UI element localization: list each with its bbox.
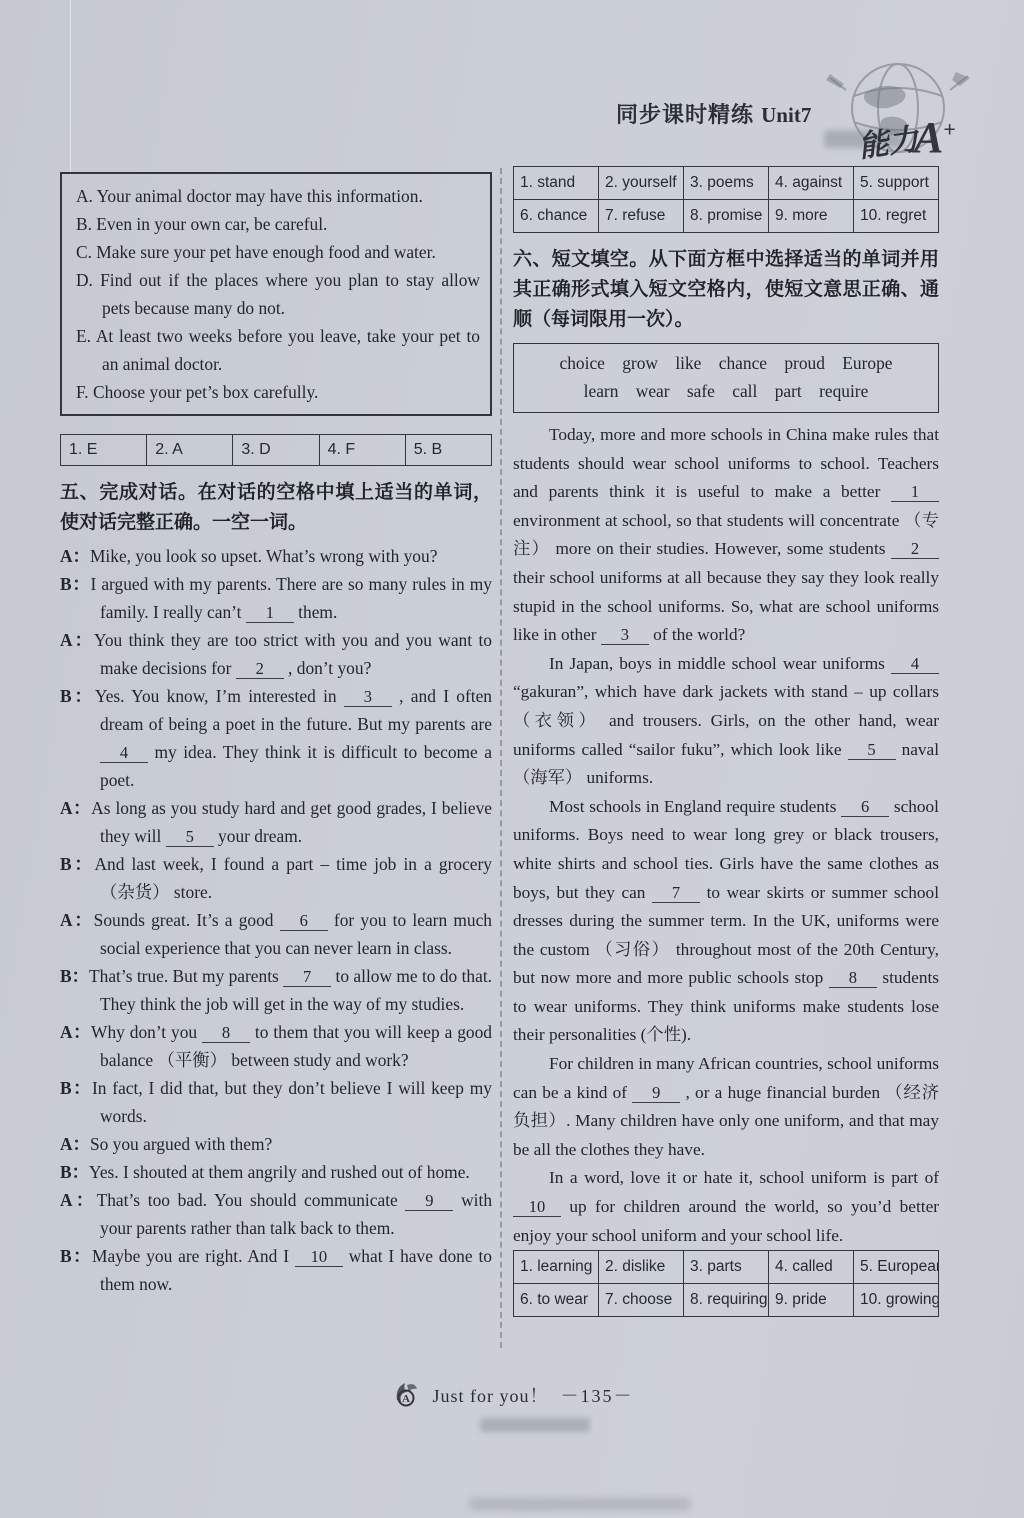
answer-cell: 10. growing <box>854 1284 939 1317</box>
answer-cell: 4. F <box>319 435 405 466</box>
answer-cell: 2. yourself <box>599 167 684 200</box>
answer-cell: 2. dislike <box>599 1251 684 1284</box>
dialogue-turn: A：Why don’t you 8 to them that you will … <box>60 1018 492 1074</box>
passage-paragraph: Most schools in England require students… <box>513 793 939 1050</box>
answer-cell: 3. poems <box>684 167 769 200</box>
option-b: B. Even in your own car, be careful. <box>76 210 480 238</box>
fill-blank: 4 <box>891 654 939 674</box>
answer-cell: 8. requiring <box>684 1284 769 1317</box>
speaker-label: A： <box>60 1134 90 1154</box>
word-bank-box: choice grow like chance proud Europe lea… <box>513 343 939 413</box>
fill-blank: 7 <box>652 883 700 903</box>
speaker-label: B： <box>60 1246 92 1266</box>
dialogue-turn: A：You think they are too strict with you… <box>60 626 492 682</box>
answer-cell: 1. stand <box>514 167 599 200</box>
answer-cell: 3. parts <box>684 1251 769 1284</box>
speaker-label: B： <box>60 1078 92 1098</box>
table-row: 1. learning 2. dislike 3. parts 4. calle… <box>514 1251 939 1284</box>
speaker-label: B： <box>60 854 94 874</box>
column-divider <box>500 168 502 1348</box>
options-box: A. Your animal doctor may have this info… <box>60 172 492 416</box>
dialogue-text: As long as you study hard and get good g… <box>91 798 492 846</box>
dialogue-text: You think they are too strict with you a… <box>94 630 492 678</box>
speaker-label: A： <box>60 910 94 930</box>
dialogue-exercise: A：Mike, you look so upset. What’s wrong … <box>60 542 492 1298</box>
fill-blank: 10 <box>295 1247 343 1267</box>
answer-cell: 6. to wear <box>514 1284 599 1317</box>
passage-paragraph: Today, more and more schools in China ma… <box>513 421 939 650</box>
speaker-label: A： <box>60 1022 91 1042</box>
page-header: 同步课时精练 Unit7 <box>616 98 811 129</box>
fill-blank: 3 <box>601 625 649 645</box>
fill-blank: 3 <box>344 687 392 707</box>
answer-cell: 8. promise <box>684 200 769 233</box>
answer-table-section4: 1. E 2. A 3. D 4. F 5. B <box>60 434 492 466</box>
svg-text:A: A <box>402 1393 410 1405</box>
ink-bleedthrough <box>470 1498 690 1510</box>
option-c: C. Make sure your pet have enough food a… <box>76 238 480 266</box>
right-column: 1. stand 2. yourself 3. poems 4. against… <box>513 166 939 1317</box>
logo-script-text: 能力 <box>855 114 921 166</box>
dialogue-text: So you argued with them? <box>90 1134 272 1154</box>
answer-cell: 3. D <box>233 435 319 466</box>
dialogue-text: Why don’t you 8 to them that you will ke… <box>91 1022 492 1070</box>
option-f: F. Choose your pet’s box carefully. <box>76 378 480 406</box>
answer-cell: 5. support <box>854 167 939 200</box>
footer-leaf-icon: A <box>391 1380 421 1410</box>
fill-blank: 8 <box>202 1023 250 1043</box>
table-row: 1. stand 2. yourself 3. poems 4. against… <box>514 167 939 200</box>
speaker-label: B： <box>60 686 95 706</box>
dialogue-turn: B：I argued with my parents. There are so… <box>60 570 492 626</box>
dialogue-turn: A：As long as you study hard and get good… <box>60 794 492 850</box>
table-row: 6. chance 7. refuse 8. promise 9. more 1… <box>514 200 939 233</box>
answer-table-section5: 1. stand 2. yourself 3. poems 4. against… <box>513 166 939 233</box>
option-e: E. At least two weeks before you leave, … <box>76 322 480 378</box>
answer-cell: 1. learning <box>514 1251 599 1284</box>
fill-blank: 6 <box>841 797 889 817</box>
fill-blank: 6 <box>280 911 328 931</box>
speaker-label: B： <box>60 1162 89 1182</box>
passage-paragraph: In Japan, boys in middle school wear uni… <box>513 650 939 793</box>
footer-brand-text: Just for you！ <box>433 1382 549 1408</box>
fill-blank: 9 <box>632 1083 680 1103</box>
footer-page-number: －135－ <box>561 1382 634 1408</box>
page-footer: A Just for you！ －135－ <box>0 1378 1024 1412</box>
dialogue-text: Sounds great. It’s a good 6 for you to l… <box>94 910 492 958</box>
fill-blank: 7 <box>283 967 331 987</box>
passage-paragraph: For children in many African countries, … <box>513 1050 939 1164</box>
table-row: 1. E 2. A 3. D 4. F 5. B <box>61 435 492 466</box>
fill-blank: 8 <box>829 968 877 988</box>
logo-aplus-text: A+ <box>914 112 956 163</box>
answer-table-section6: 1. learning 2. dislike 3. parts 4. calle… <box>513 1250 939 1317</box>
word-bank-line: learn wear safe call part require <box>518 377 934 405</box>
answer-cell: 7. choose <box>599 1284 684 1317</box>
dialogue-text: And last week, I found a part – time job… <box>94 854 492 902</box>
option-a: A. Your animal doctor may have this info… <box>76 182 480 210</box>
answer-cell: 1. E <box>61 435 147 466</box>
section5-heading: 五、完成对话。在对话的空格中填上适当的单词，使对话完整正确。一空一词。 <box>60 478 492 538</box>
answer-cell: 9. pride <box>769 1284 854 1317</box>
fill-blank: 4 <box>100 743 148 763</box>
dialogue-text: That’s too bad. You should communicate 9… <box>97 1190 492 1238</box>
dialogue-turn: B：And last week, I found a part – time j… <box>60 850 492 906</box>
answer-cell: 4. called <box>769 1251 854 1284</box>
answer-cell: 9. more <box>769 200 854 233</box>
dialogue-text: Yes. I shouted at them angrily and rushe… <box>89 1162 470 1182</box>
answer-cell: 5. B <box>405 435 491 466</box>
brand-logo: 能力 A+ <box>806 52 1006 172</box>
fill-blank: 2 <box>891 539 939 559</box>
dialogue-text: In fact, I did that, but they don’t beli… <box>92 1078 492 1126</box>
left-column: A. Your animal doctor may have this info… <box>60 172 492 1298</box>
speaker-label: A： <box>60 1190 97 1210</box>
dialogue-turn: B：Maybe you are right. And I 10 what I h… <box>60 1242 492 1298</box>
fill-blank: 10 <box>513 1197 561 1217</box>
dialogue-turn: B：In fact, I did that, but they don’t be… <box>60 1074 492 1130</box>
header-unit-label: Unit7 <box>761 103 811 127</box>
dialogue-turn: A：That’s too bad. You should communicate… <box>60 1186 492 1242</box>
fill-blank: 5 <box>848 740 896 760</box>
word-bank-line: choice grow like chance proud Europe <box>518 349 934 377</box>
option-d: D. Find out if the places where you plan… <box>76 266 480 322</box>
speaker-label: B： <box>60 966 89 986</box>
answer-cell: 10. regret <box>854 200 939 233</box>
ink-bleedthrough <box>480 1418 590 1432</box>
dialogue-turn: B：Yes. You know, I’m interested in 3 , a… <box>60 682 492 794</box>
page-crease <box>70 0 71 175</box>
fill-blank: 9 <box>405 1191 453 1211</box>
speaker-label: A： <box>60 798 91 818</box>
dialogue-text: Mike, you look so upset. What’s wrong wi… <box>90 546 437 566</box>
dialogue-text: I argued with my parents. There are so m… <box>90 574 492 622</box>
section6-heading: 六、短文填空。从下面方框中选择适当的单词并用其正确形式填入短文空格内，使短文意思… <box>513 245 939 335</box>
fill-blank: 1 <box>246 603 294 623</box>
speaker-label: B： <box>60 574 90 594</box>
dialogue-turn: B：That’s true. But my parents 7 to allow… <box>60 962 492 1018</box>
answer-cell: 4. against <box>769 167 854 200</box>
workbook-page: 同步课时精练 Unit7 能力 A+ A. Your anima <box>0 0 1024 1518</box>
table-row: 6. to wear 7. choose 8. requiring 9. pri… <box>514 1284 939 1317</box>
fill-blank: 5 <box>166 827 214 847</box>
dialogue-text: Yes. You know, I’m interested in 3 , and… <box>95 686 492 790</box>
cloze-passage: Today, more and more schools in China ma… <box>513 421 939 1250</box>
dialogue-turn: A：So you argued with them? <box>60 1130 492 1158</box>
answer-cell: 2. A <box>147 435 233 466</box>
fill-blank: 1 <box>891 482 939 502</box>
dialogue-turn: A：Sounds great. It’s a good 6 for you to… <box>60 906 492 962</box>
header-series-title: 同步课时精练 <box>616 102 754 127</box>
answer-cell: 7. refuse <box>599 200 684 233</box>
dialogue-text: Maybe you are right. And I 10 what I hav… <box>92 1246 492 1294</box>
speaker-label: A： <box>60 630 94 650</box>
dialogue-turn: A：Mike, you look so upset. What’s wrong … <box>60 542 492 570</box>
passage-paragraph: In a word, love it or hate it, school un… <box>513 1164 939 1250</box>
dialogue-text: That’s true. But my parents 7 to allow m… <box>89 966 492 1014</box>
answer-cell: 5. European <box>854 1251 939 1284</box>
speaker-label: A： <box>60 546 90 566</box>
answer-cell: 6. chance <box>514 200 599 233</box>
fill-blank: 2 <box>236 659 284 679</box>
dialogue-turn: B：Yes. I shouted at them angrily and rus… <box>60 1158 492 1186</box>
